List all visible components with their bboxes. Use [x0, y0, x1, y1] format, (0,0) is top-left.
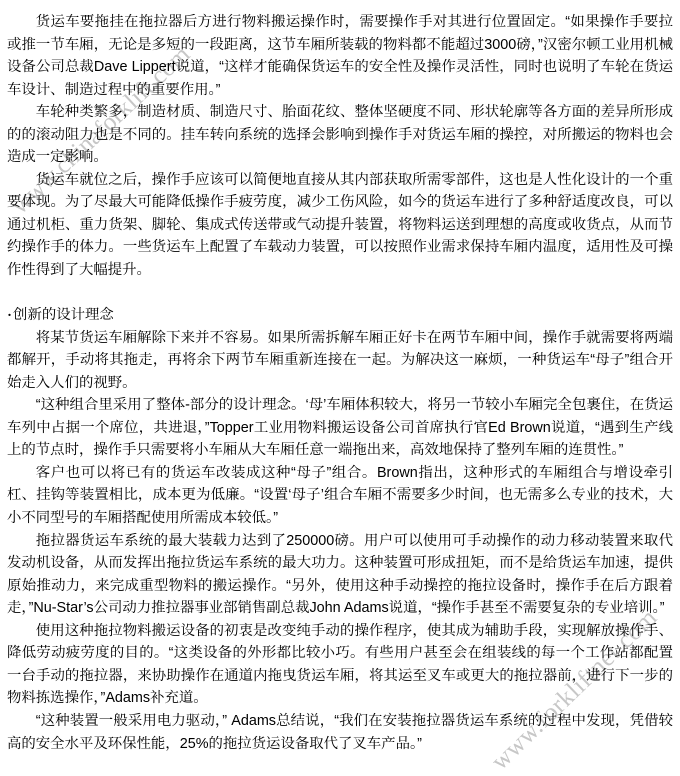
section-paragraph-2: “这种组合里采用了整体-部分的设计理念。‘母’车厢体积较大，将另一节较小车厢完全…	[7, 394, 673, 462]
article-body: 货运车要拖挂在拖拉器后方进行物料搬运操作时，需要操作手对其进行位置固定。“如果操…	[0, 0, 680, 755]
section-paragraph-4: 拖拉器货运车系统的最大装载力达到了250000磅。用户可以使用可手动操作的动力移…	[7, 530, 673, 620]
bullet-icon: •	[8, 309, 11, 323]
section-paragraph-1: 将某节货运车厢解除下来并不容易。如果所需拆解车厢正好卡在两节车厢中间，操作手就需…	[7, 327, 673, 395]
section-heading: •创新的设计理念	[7, 304, 673, 327]
article-page: www.chinaforklift.com www.forkliftnet.co…	[0, 0, 680, 776]
section-paragraph-3: 客户也可以将已有的货运车改装成这种“母子”组合。Brown指出，这种形式的车厢组…	[7, 462, 673, 530]
section-paragraph-5: 使用这种拖拉物料搬运设备的初衷是改变纯手动的操作程序，使其成为辅助手段，实现解放…	[7, 620, 673, 710]
intro-paragraph-3: 货运车就位之后，操作手应该可以简便地直接从其内部获取所需零部件，这也是人性化设计…	[7, 169, 673, 282]
intro-paragraph-1: 货运车要拖挂在拖拉器后方进行物料搬运操作时，需要操作手对其进行位置固定。“如果操…	[7, 11, 673, 101]
section-title: 创新的设计理念	[13, 307, 114, 323]
section-paragraph-6: “这种装置一般采用电力驱动，” Adams总结说，“我们在安装拖拉器货运车系统的…	[7, 710, 673, 755]
intro-paragraph-2: 车轮种类繁多，制造材质、制造尺寸、胎面花纹、整体坚硬度不同、形状轮廓等各方面的差…	[7, 101, 673, 169]
